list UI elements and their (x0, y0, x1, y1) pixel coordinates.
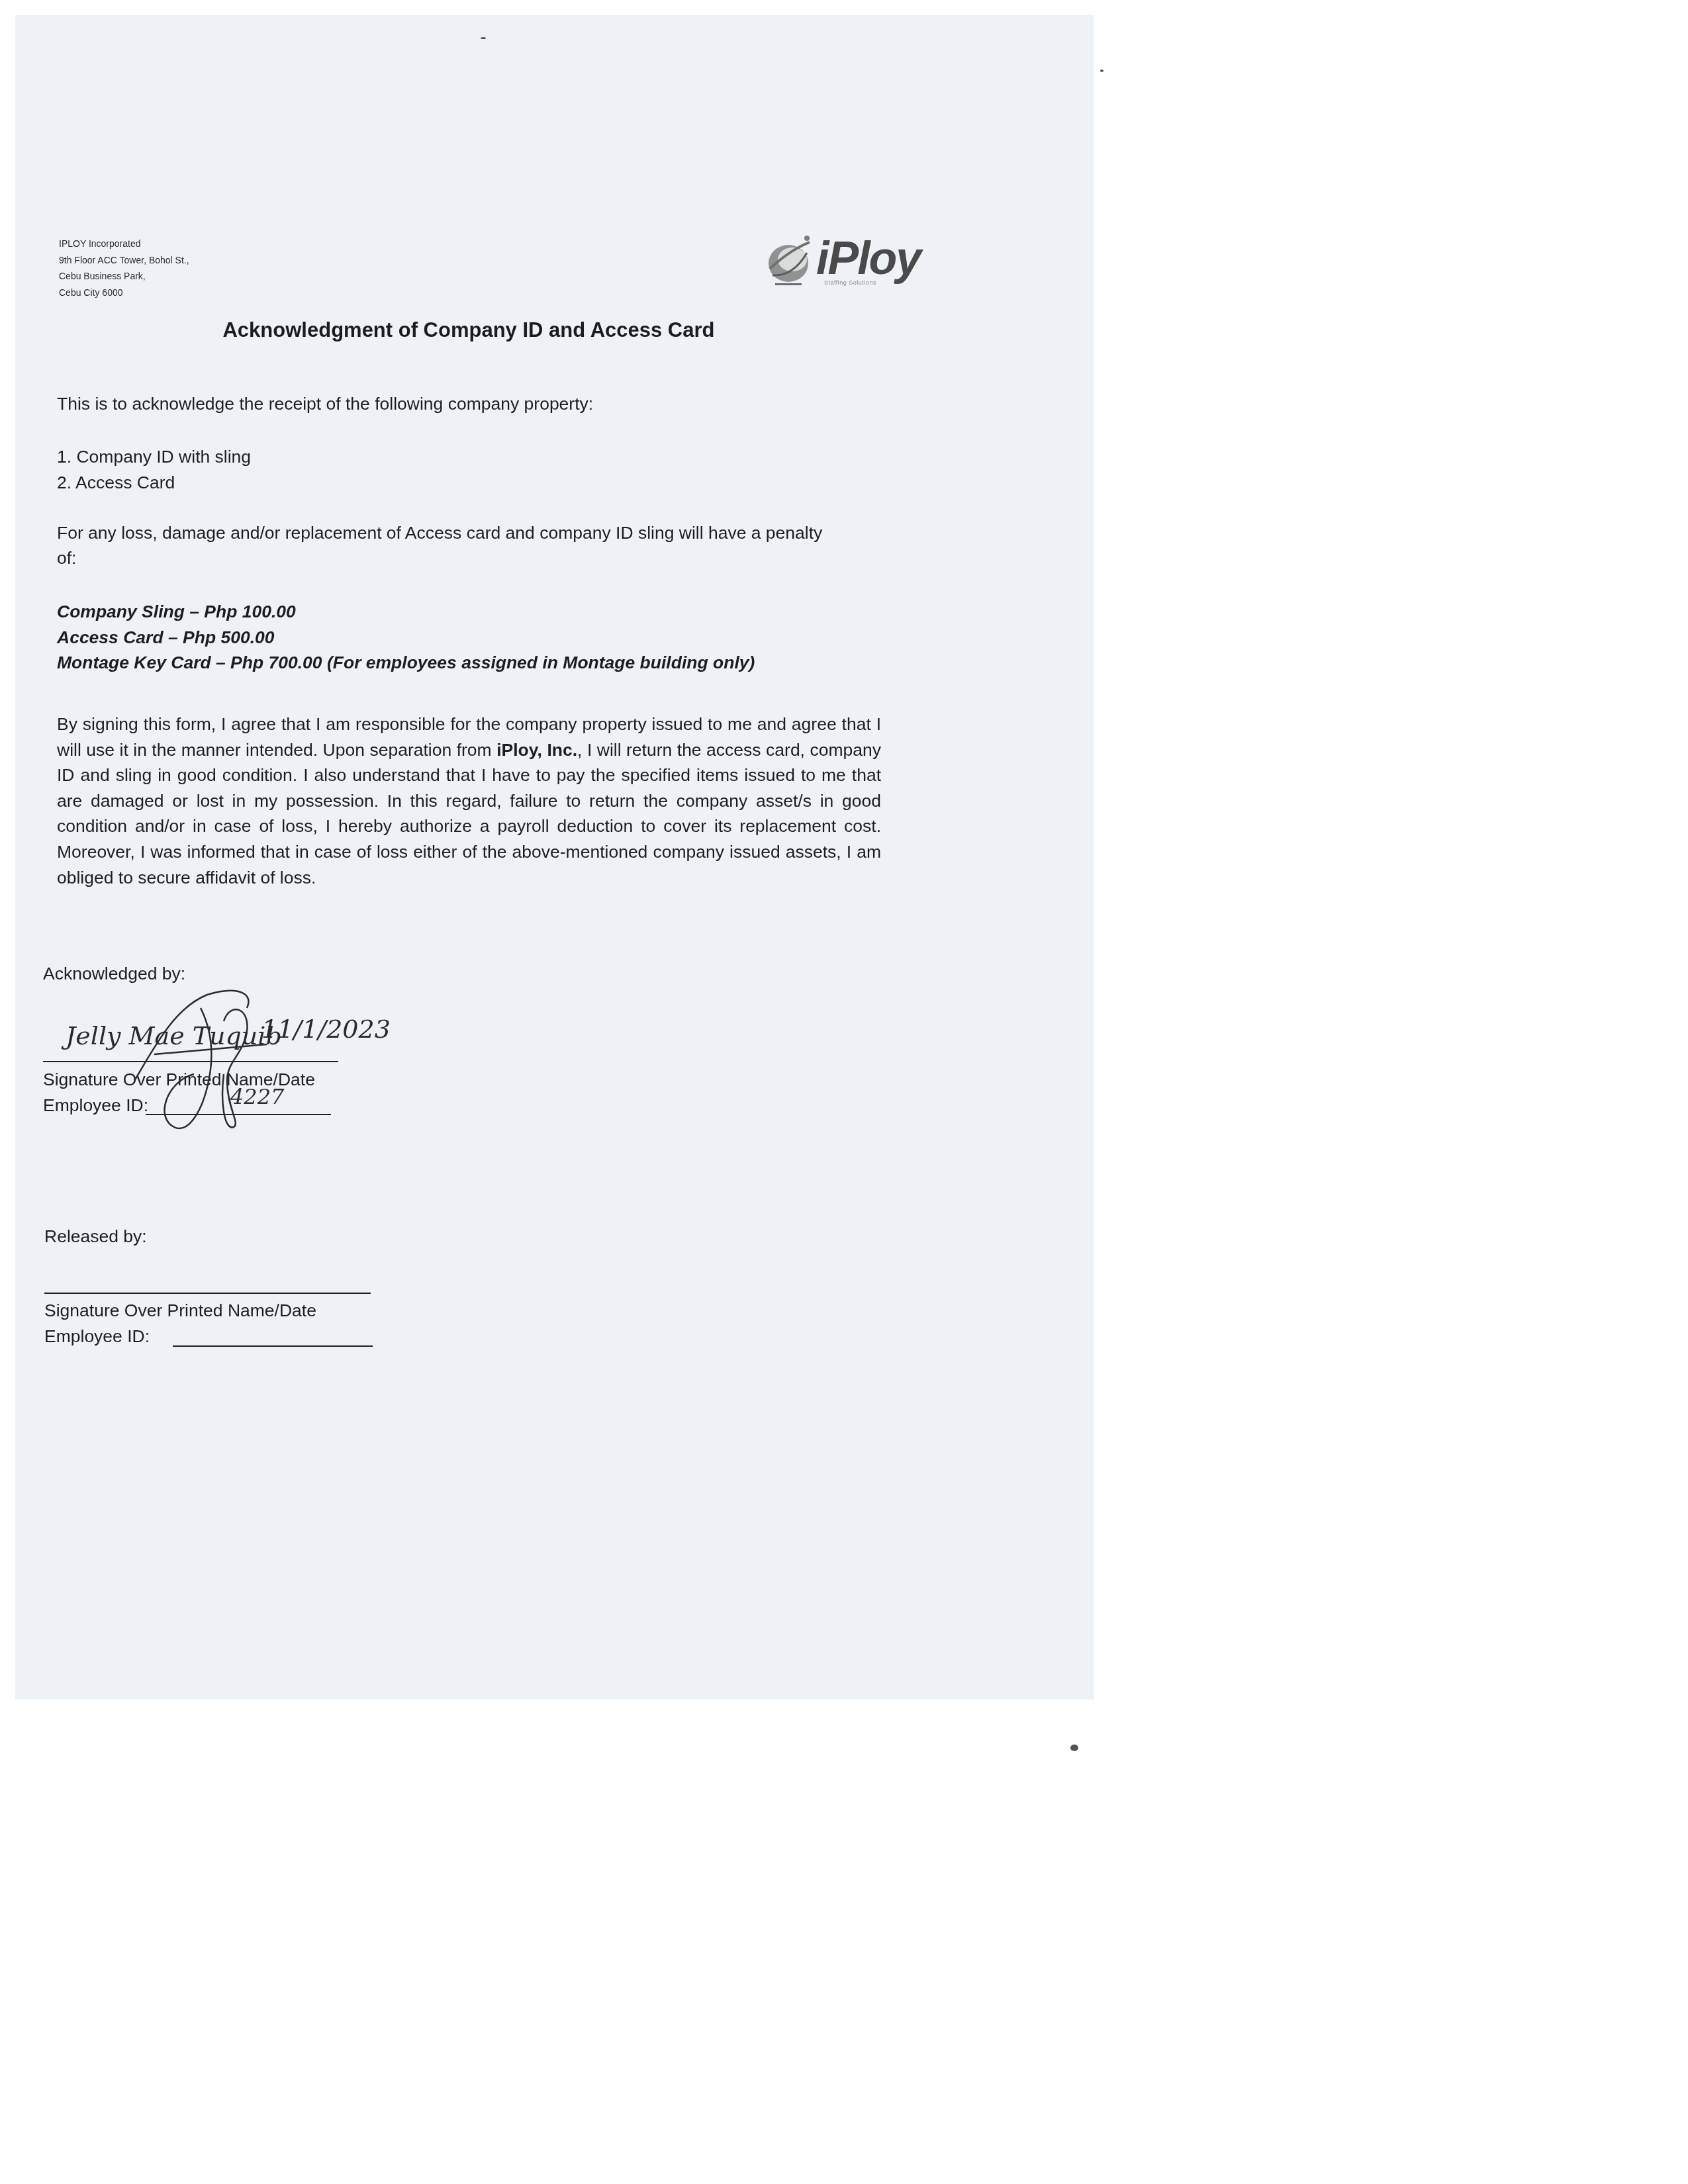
released-signature-label: Signature Over Printed Name/Date (44, 1300, 316, 1321)
scan-speck (1070, 1745, 1078, 1751)
released-label: Released by: (44, 1226, 147, 1247)
address-line: Cebu City 6000 (59, 285, 189, 301)
penalty-item: Montage Key Card – Php 700.00 (For emplo… (57, 653, 755, 673)
address-line: Cebu Business Park, (59, 268, 189, 285)
penalty-intro: For any loss, damage and/or replacement … (57, 523, 822, 543)
intro-text: This is to acknowledge the receipt of th… (57, 394, 593, 414)
released-employee-id-line (173, 1345, 373, 1347)
logo-tagline: Staffing Solutions (824, 279, 876, 286)
address-line: 9th Floor ACC Tower, Bohol St., (59, 252, 189, 269)
document-title: Acknowledgment of Company ID and Access … (15, 318, 922, 342)
property-item: 2. Access Card (57, 473, 175, 493)
penalty-item: Access Card – Php 500.00 (57, 627, 275, 648)
globe-icon (763, 230, 816, 290)
released-signature-line[interactable] (44, 1293, 371, 1294)
company-logo: iPloy Staffing Solutions (763, 230, 942, 293)
company-address: IPLOY Incorporated 9th Floor ACC Tower, … (59, 236, 189, 300)
signature-scribble (115, 981, 326, 1140)
scan-speck (1100, 69, 1103, 72)
address-line: IPLOY Incorporated (59, 236, 189, 252)
logo-wordmark: iPloy (816, 230, 920, 286)
scan-speck (481, 37, 486, 39)
company-name-bold: iPloy, Inc. (496, 740, 577, 760)
penalty-intro-cont: of: (57, 548, 76, 569)
agreement-paragraph: By signing this form, I agree that I am … (57, 711, 881, 890)
property-item: 1. Company ID with sling (57, 447, 251, 467)
penalty-item: Company Sling – Php 100.00 (57, 602, 296, 622)
scanned-page: IPLOY Incorporated 9th Floor ACC Tower, … (15, 15, 1094, 1700)
agreement-text: , I will return the access card, company… (57, 740, 881, 887)
released-employee-id-label: Employee ID: (44, 1326, 150, 1347)
